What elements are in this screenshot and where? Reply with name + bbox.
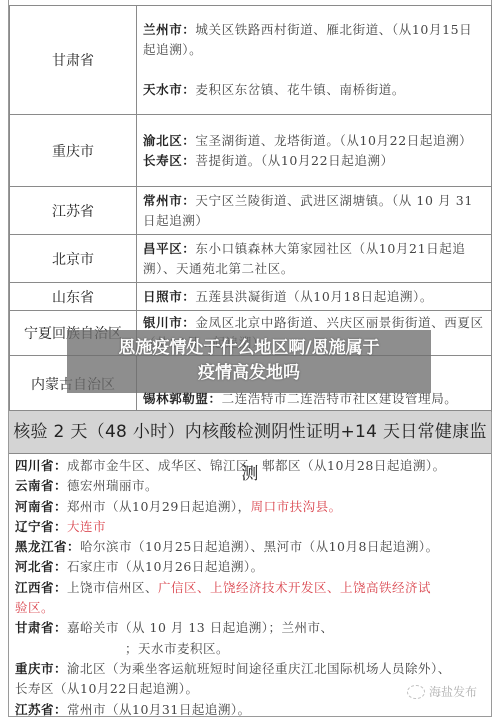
- list-text: 郑州市（从10月29日起追溯），: [67, 499, 251, 514]
- list-text: 上饶市信州区、: [67, 580, 158, 595]
- title-overlay: 恩施疫情处于什么地区啊/恩施属于 疫情高发地吗: [67, 330, 431, 393]
- list-item: 江苏省：常州市（从10月31日起追溯）。: [15, 700, 487, 720]
- list-text: 常州市（从10月31日起追溯）。: [67, 702, 251, 717]
- region-list: 四川省：成都市金牛区、成华区、锦江区、郫都区（从10月28日起追溯）。 云南省：…: [15, 456, 487, 720]
- table-row: 江苏省 常州市：天宁区兰陵街道、武进区湖塘镇。（从 10 月 31 日起追溯）: [10, 187, 492, 235]
- detail-text: 二连浩特市二连浩特市社区建设管理局。: [222, 391, 458, 406]
- list-item: 河南省：郑州市（从10月29日起追溯），周口市扶沟县。: [15, 497, 487, 517]
- list-item: 重庆市：渝北区（为乘坐客运航班短时间途径重庆江北国际机场人员除外）、: [15, 659, 487, 679]
- list-text: 渝北区（为乘坐客运航班短时间途径重庆江北国际机场人员除外）、: [67, 661, 451, 676]
- table-row: 北京市 昌平区：东小口镇森林大第家园社区（从10月21日起追溯）、天通苑北第二社…: [10, 235, 492, 283]
- province-label: 河南省：: [15, 499, 67, 514]
- province-cell: 山东省: [10, 283, 137, 311]
- list-text-highlight: 广信区、上饶经济技术开发区、上饶高铁经济试: [158, 580, 431, 595]
- list-text: 德宏州瑞丽市。: [67, 478, 158, 493]
- list-text: 成都市金牛区、成华区、锦江区、郫都区（从10月28日起追溯）。: [67, 458, 446, 473]
- list-text: 嘉峪关市（从 10 月 13 日起追溯）；兰州市、: [67, 620, 333, 635]
- section-banner: 核验 2 天（48 小时）内核酸检测阴性证明+14 天日常健康监测: [9, 410, 491, 454]
- list-item: 黑龙江省：哈尔滨市（10月25日起追溯）、黑河市（从10月8日起追溯）。: [15, 537, 487, 557]
- province-label: 重庆市：: [15, 661, 67, 676]
- city-label: 天水市：: [143, 82, 195, 97]
- detail-text: 宝圣湖街道、龙塔街道。（从10月22日起追溯）: [195, 133, 472, 148]
- province-label: 江苏省：: [15, 702, 67, 717]
- list-text-highlight: 大连市: [67, 519, 106, 534]
- list-item: 甘肃省：嘉峪关市（从 10 月 13 日起追溯）；兰州市、: [15, 618, 487, 638]
- province-label: 黑龙江省：: [15, 539, 80, 554]
- detail-text: 菩提街道。（从10月22日起追溯）: [195, 153, 393, 168]
- list-item: 辽宁省：大连市: [15, 517, 487, 537]
- list-item: 云南省：德宏州瑞丽市。: [15, 476, 487, 496]
- city-label: 渝北区：: [143, 133, 195, 148]
- list-text: 石家庄市（从10月26日起追溯）。: [67, 559, 264, 574]
- detail-cell: 日照市：五莲县洪凝街道（从10月18日起追溯）。: [137, 283, 492, 311]
- list-text: ；天水市麦积区。: [125, 641, 229, 656]
- city-label: 银川市：: [143, 315, 195, 330]
- province-label: 四川省：: [15, 458, 67, 473]
- list-item: 河北省：石家庄市（从10月26日起追溯）。: [15, 557, 487, 577]
- list-item: 验区。: [15, 598, 487, 618]
- list-text: 长寿区（从10月22日起追溯）。: [15, 681, 199, 696]
- province-label: 江西省：: [15, 580, 67, 595]
- wechat-icon: [407, 685, 425, 699]
- province-label: 河北省：: [15, 559, 67, 574]
- table-row: 甘肃省 兰州市：城关区铁路西村街道、雁北街道、（从10月15日起追溯）。 天水市…: [10, 6, 492, 115]
- city-label: 长寿区：: [143, 153, 195, 168]
- city-label: 兰州市：: [143, 22, 195, 37]
- province-cell: 江苏省: [10, 187, 137, 235]
- detail-cell: 渝北区：宝圣湖街道、龙塔街道。（从10月22日起追溯） 长寿区：菩提街道。（从1…: [137, 115, 492, 187]
- list-item: 四川省：成都市金牛区、成华区、锦江区、郫都区（从10月28日起追溯）。: [15, 456, 487, 476]
- province-cell: 北京市: [10, 235, 137, 283]
- detail-cell: 兰州市：城关区铁路西村街道、雁北街道、（从10月15日起追溯）。 天水市：麦积区…: [137, 6, 492, 115]
- province-cell: 甘肃省: [10, 6, 137, 115]
- watermark: 海盐发布: [407, 683, 477, 700]
- province-label: 甘肃省：: [15, 620, 67, 635]
- city-label: 锡林郭勒盟：: [143, 391, 222, 406]
- detail-cell: 昌平区：东小口镇森林大第家园社区（从10月21日起追溯）、天通苑北第二社区。: [137, 235, 492, 283]
- watermark-text: 海盐发布: [429, 683, 477, 700]
- city-label: 日照市：: [143, 289, 195, 304]
- list-item: ；天水市麦积区。: [15, 639, 487, 659]
- province-cell: 重庆市: [10, 115, 137, 187]
- list-text-highlight: 验区。: [15, 600, 54, 615]
- list-text-highlight: 周口市扶沟县。: [251, 499, 342, 514]
- province-label: 云南省：: [15, 478, 67, 493]
- province-label: 辽宁省：: [15, 519, 67, 534]
- detail-text: 五莲县洪凝街道（从10月18日起追溯）。: [195, 289, 433, 304]
- detail-text: 麦积区东岔镇、花牛镇、南桥街道。: [195, 82, 405, 97]
- list-item: 江西省：上饶市信州区、广信区、上饶经济技术开发区、上饶高铁经济试: [15, 578, 487, 598]
- city-label: 昌平区：: [143, 241, 195, 256]
- overlay-title-line2: 疫情高发地吗: [67, 361, 431, 386]
- list-text: 哈尔滨市（10月25日起追溯）、黑河市（从10月8日起追溯）。: [80, 539, 439, 554]
- overlay-title-line1: 恩施疫情处于什么地区啊/恩施属于: [67, 336, 431, 361]
- detail-cell: 常州市：天宁区兰陵街道、武进区湖塘镇。（从 10 月 31 日起追溯）: [137, 187, 492, 235]
- table-row: 重庆市 渝北区：宝圣湖街道、龙塔街道。（从10月22日起追溯） 长寿区：菩提街道…: [10, 115, 492, 187]
- table-row: 山东省 日照市：五莲县洪凝街道（从10月18日起追溯）。: [10, 283, 492, 311]
- city-label: 常州市：: [143, 193, 195, 208]
